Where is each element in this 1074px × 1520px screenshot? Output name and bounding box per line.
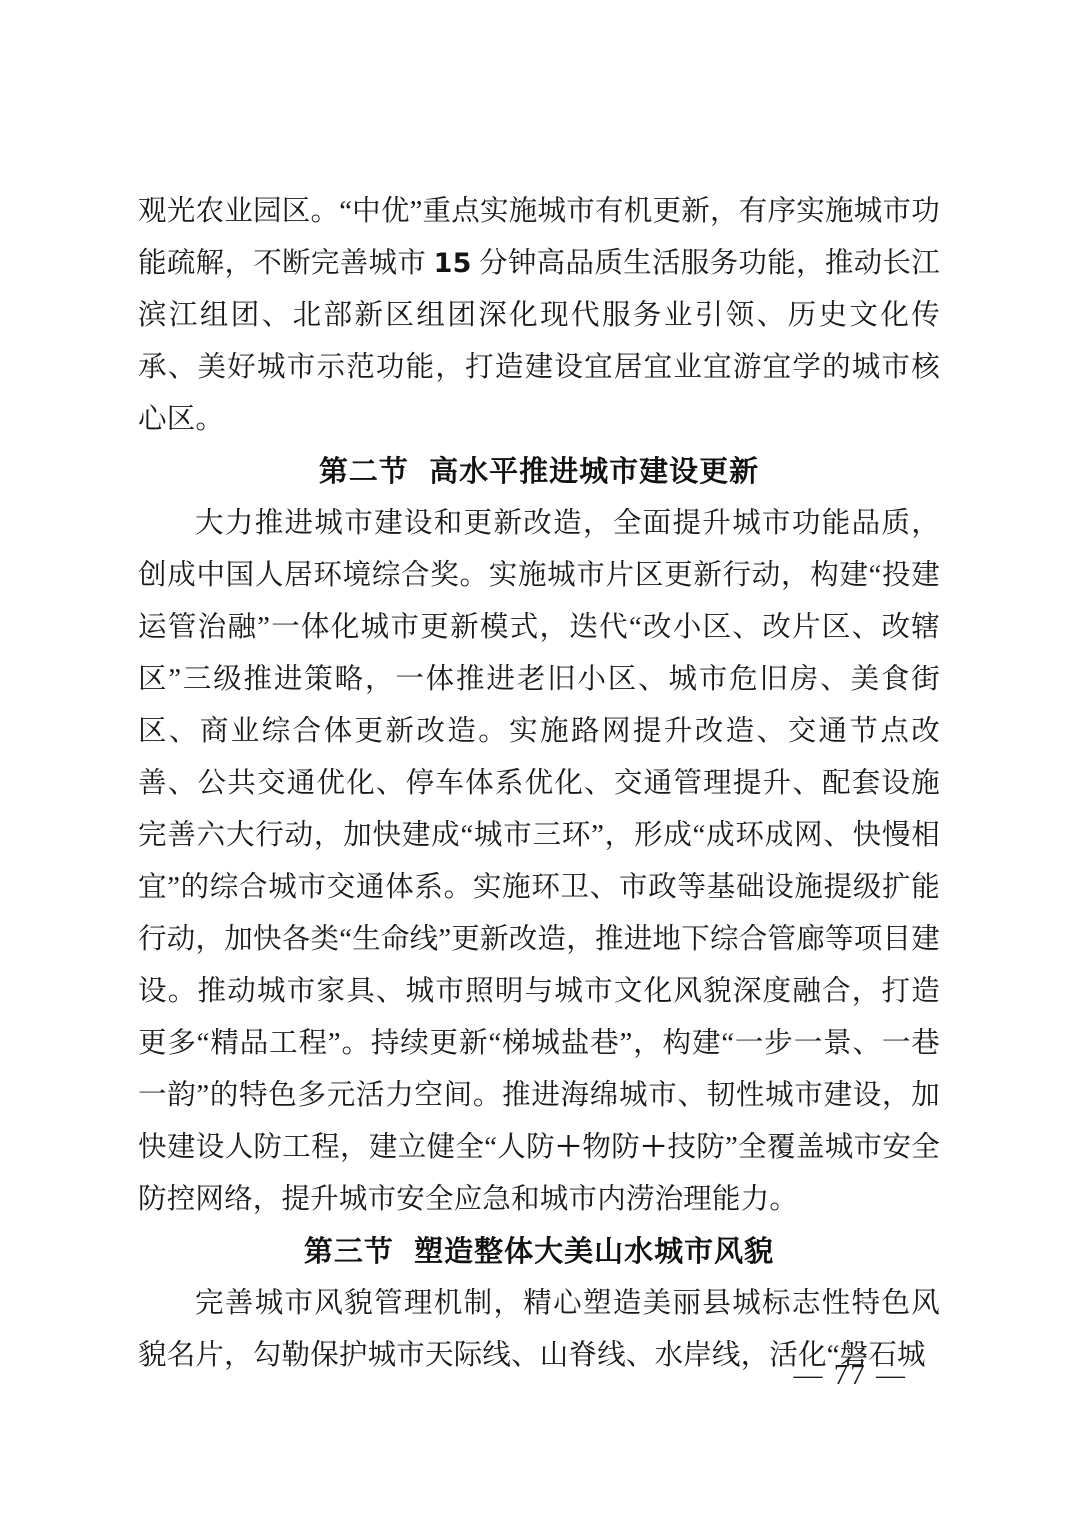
section-heading-label: 第二节 (319, 456, 409, 488)
numeric-run: 15 (434, 248, 472, 279)
section-heading-label: 第三节 (304, 1236, 394, 1268)
page-number: — 77 — (794, 1358, 908, 1392)
body-paragraph: 大力推进城市建设和更新改造，全面提升城市功能品质，创成中国人居环境综合奖。实施城… (138, 498, 940, 1226)
section-heading-title: 高水平推进城市建设更新 (429, 456, 759, 488)
numeric-run: ＋ (640, 1132, 667, 1163)
text-run: 大力推进城市建设和更新改造，全面提升城市功能品质，创成中国人居环境综合奖。实施城… (138, 508, 940, 1163)
document-page: 观光农业园区。“中优”重点实施城市有机更新，有序实施城市功能疏解，不断完善城市 … (0, 0, 1074, 1520)
document-body: 观光农业园区。“中优”重点实施城市有机更新，有序实施城市功能疏解，不断完善城市 … (138, 186, 940, 1382)
section-heading-title: 塑造整体大美山水城市风貌 (414, 1236, 774, 1268)
numeric-run: ＋ (555, 1132, 582, 1163)
section-heading: 第三节塑造整体大美山水城市风貌 (138, 1226, 940, 1278)
body-paragraph: 观光农业园区。“中优”重点实施城市有机更新，有序实施城市功能疏解，不断完善城市 … (138, 186, 940, 446)
text-run: 物防 (582, 1132, 640, 1163)
section-heading: 第二节高水平推进城市建设更新 (138, 446, 940, 498)
